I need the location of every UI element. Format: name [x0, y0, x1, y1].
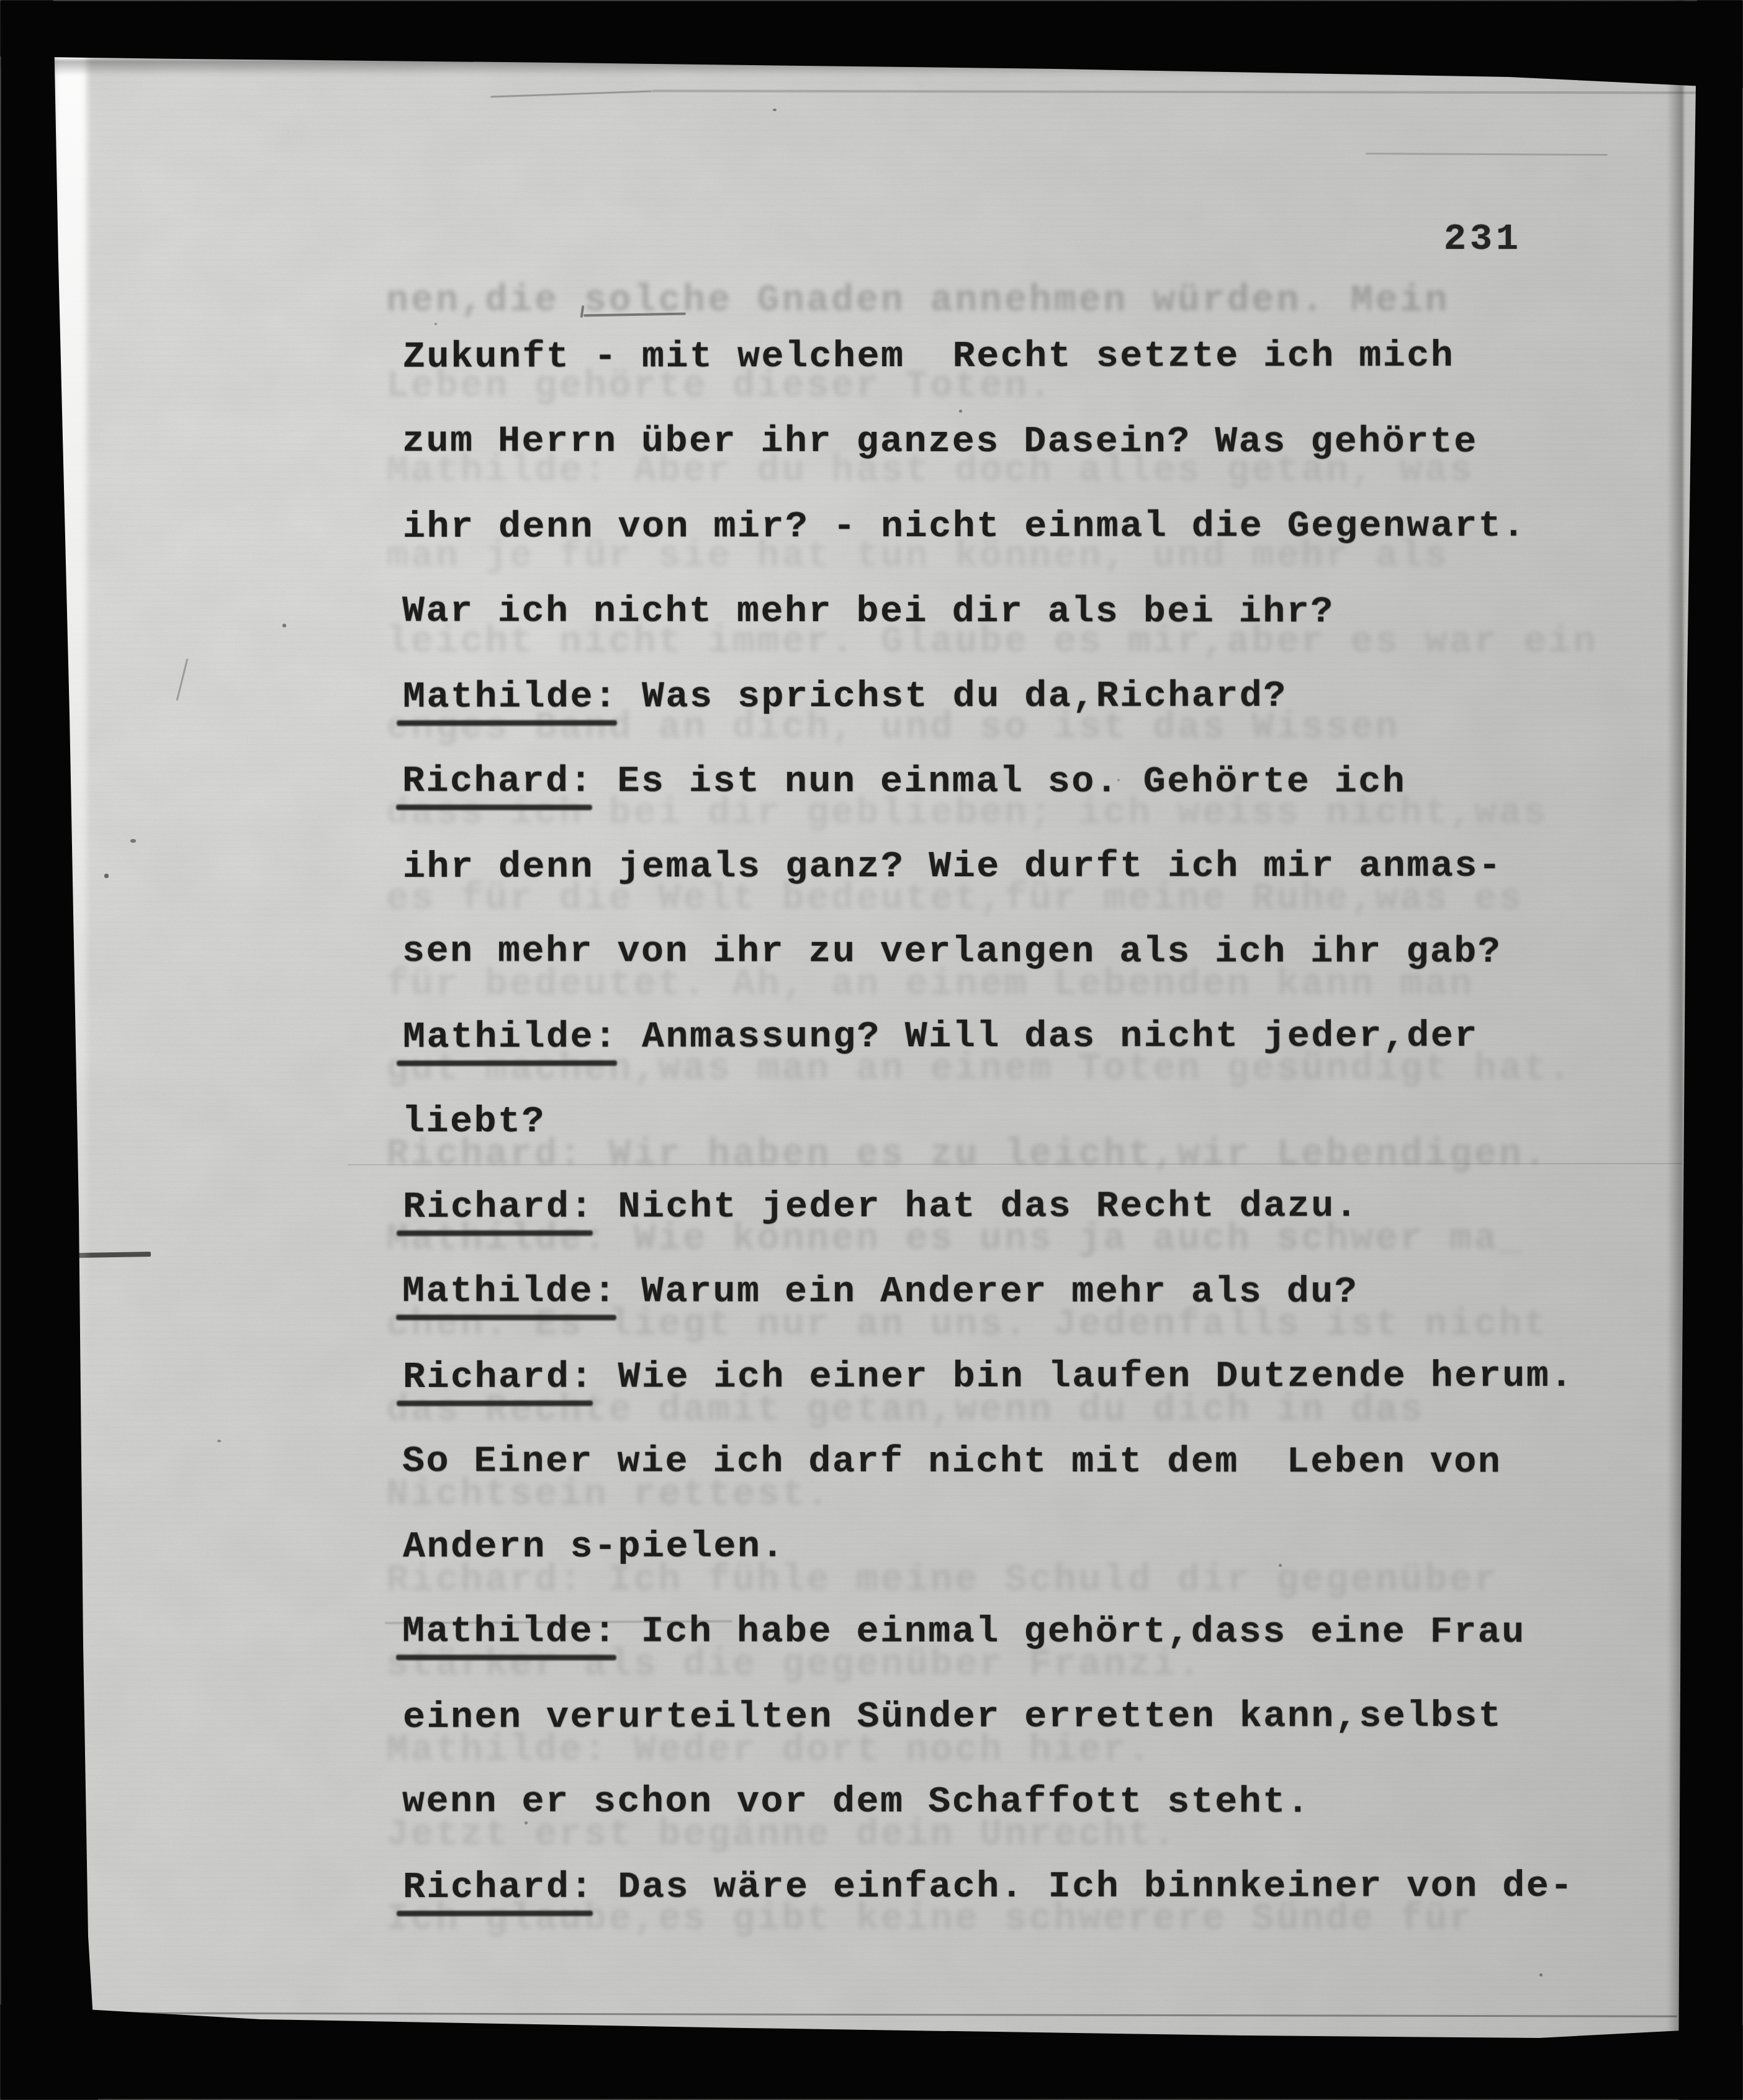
line-text: sen mehr von ihr zu verlangen als ich ih…	[402, 930, 1502, 973]
typed-line: wenn er schon vor dem Schaffott steht.	[402, 1783, 1310, 1821]
line-text: Andern s-pielen.	[403, 1526, 785, 1569]
line-text: ihr denn von mir? - nicht einmal die Geg…	[403, 505, 1526, 549]
ink-speck	[1279, 1564, 1282, 1567]
ink-speck	[130, 839, 136, 843]
line-text: War ich nicht mehr bei dir als bei ihr?	[402, 590, 1335, 633]
typed-line: ihr denn jemals ganz? Wie durft ich mir …	[403, 848, 1502, 886]
speaker-name-underlined: Richard:	[402, 763, 593, 800]
ink-speck	[1421, 434, 1424, 437]
page-number: 231	[1444, 218, 1522, 261]
typed-line: einen verurteilten Sünder erretten kann,…	[403, 1698, 1502, 1736]
line-text: Warum ein Anderer mehr als du?	[618, 1271, 1359, 1314]
ink-speck	[217, 1440, 221, 1442]
typed-line: Andern s-pielen.	[403, 1528, 785, 1566]
typed-line: Richard: Es ist nun einmal so. Gehörte i…	[402, 763, 1406, 801]
ink-speck	[282, 624, 286, 627]
typed-line: So Einer wie ich darf nicht mit dem Lebe…	[402, 1443, 1502, 1481]
typed-line: War ich nicht mehr bei dir als bei ihr?	[402, 593, 1335, 630]
typed-line: Zukunft - mit welchem Recht setzte ich m…	[403, 338, 1454, 376]
speaker-name-underlined: Mathilde:	[402, 1273, 618, 1310]
speaker-name-underlined: Mathilde:	[403, 1019, 618, 1056]
typed-line: liebt?	[402, 1103, 546, 1141]
typed-line: ihr denn von mir? - nicht einmal die Geg…	[403, 508, 1526, 546]
line-text: liebt?	[402, 1101, 546, 1143]
line-text: einen verurteilten Sünder erretten kann,…	[403, 1695, 1502, 1739]
line-text: Wie ich einer bin laufen Dutzende herum.	[594, 1355, 1574, 1399]
line-text: Was sprichst du da,Richard?	[618, 675, 1287, 718]
typed-line: Mathilde: Anmassung? Will das nicht jede…	[403, 1018, 1479, 1056]
line-text: Anmassung? Will das nicht jeder,der	[618, 1015, 1479, 1058]
typed-line: Richard: Nicht jeder hat das Recht dazu.	[403, 1188, 1359, 1226]
line-text: Nicht jeder hat das Recht dazu.	[594, 1185, 1359, 1228]
speaker-name-underlined: Richard:	[403, 1359, 594, 1396]
ink-speck	[525, 1821, 528, 1824]
scanned-typescript-page: 231 nen,die solche Gnaden annehmen würde…	[0, 0, 1743, 2100]
speaker-name-underlined: Richard:	[403, 1188, 594, 1226]
speaker-name-underlined: Richard:	[403, 1869, 594, 1906]
paper-sheet: 231 nen,die solche Gnaden annehmen würde…	[0, 0, 1743, 2100]
ink-speck	[1539, 1973, 1543, 1977]
ink-speck	[773, 109, 777, 111]
speaker-name-underlined: Mathilde:	[403, 678, 618, 716]
typed-line: Richard: Das wäre einfach. Ich binnkeine…	[403, 1868, 1574, 1906]
line-text: wenn er schon vor dem Schaffott steht.	[402, 1780, 1310, 1823]
ghost-line: nen,die solche Gnaden annehmen würden. M…	[386, 279, 1449, 322]
line-text: So Einer wie ich darf nicht mit dem Lebe…	[402, 1440, 1502, 1483]
line-text: Es ist nun einmal so. Gehörte ich	[593, 761, 1406, 804]
typed-line: Mathilde: Ich habe einmal gehört,dass ei…	[402, 1613, 1526, 1651]
ink-speck	[1117, 779, 1120, 781]
typed-line: Mathilde: Warum ein Anderer mehr als du?	[402, 1273, 1358, 1311]
line-text: Das wäre einfach. Ich binnkeiner von de-	[594, 1865, 1574, 1909]
typed-line: Richard: Wie ich einer bin laufen Dutzen…	[403, 1358, 1574, 1396]
ink-speck	[959, 410, 962, 413]
line-text: Zukunft - mit welchem Recht setzte ich m…	[403, 335, 1454, 379]
line-text: zum Herrn über ihr ganzes Dasein? Was ge…	[402, 420, 1478, 463]
typed-line: zum Herrn über ihr ganzes Dasein? Was ge…	[402, 423, 1478, 460]
typed-line: sen mehr von ihr zu verlangen als ich ih…	[402, 933, 1502, 971]
line-text: Ich habe einmal gehört,dass eine Frau	[618, 1611, 1526, 1654]
ink-speck	[104, 874, 109, 878]
line-text: ihr denn jemals ganz? Wie durft ich mir …	[403, 845, 1502, 889]
typed-line: Mathilde: Was sprichst du da,Richard?	[403, 678, 1287, 716]
ghost-line: Richard: Wir haben es zu leicht,wir Lebe…	[386, 1133, 1548, 1176]
speaker-name-underlined: Mathilde:	[402, 1613, 618, 1650]
ink-speck	[435, 323, 437, 325]
